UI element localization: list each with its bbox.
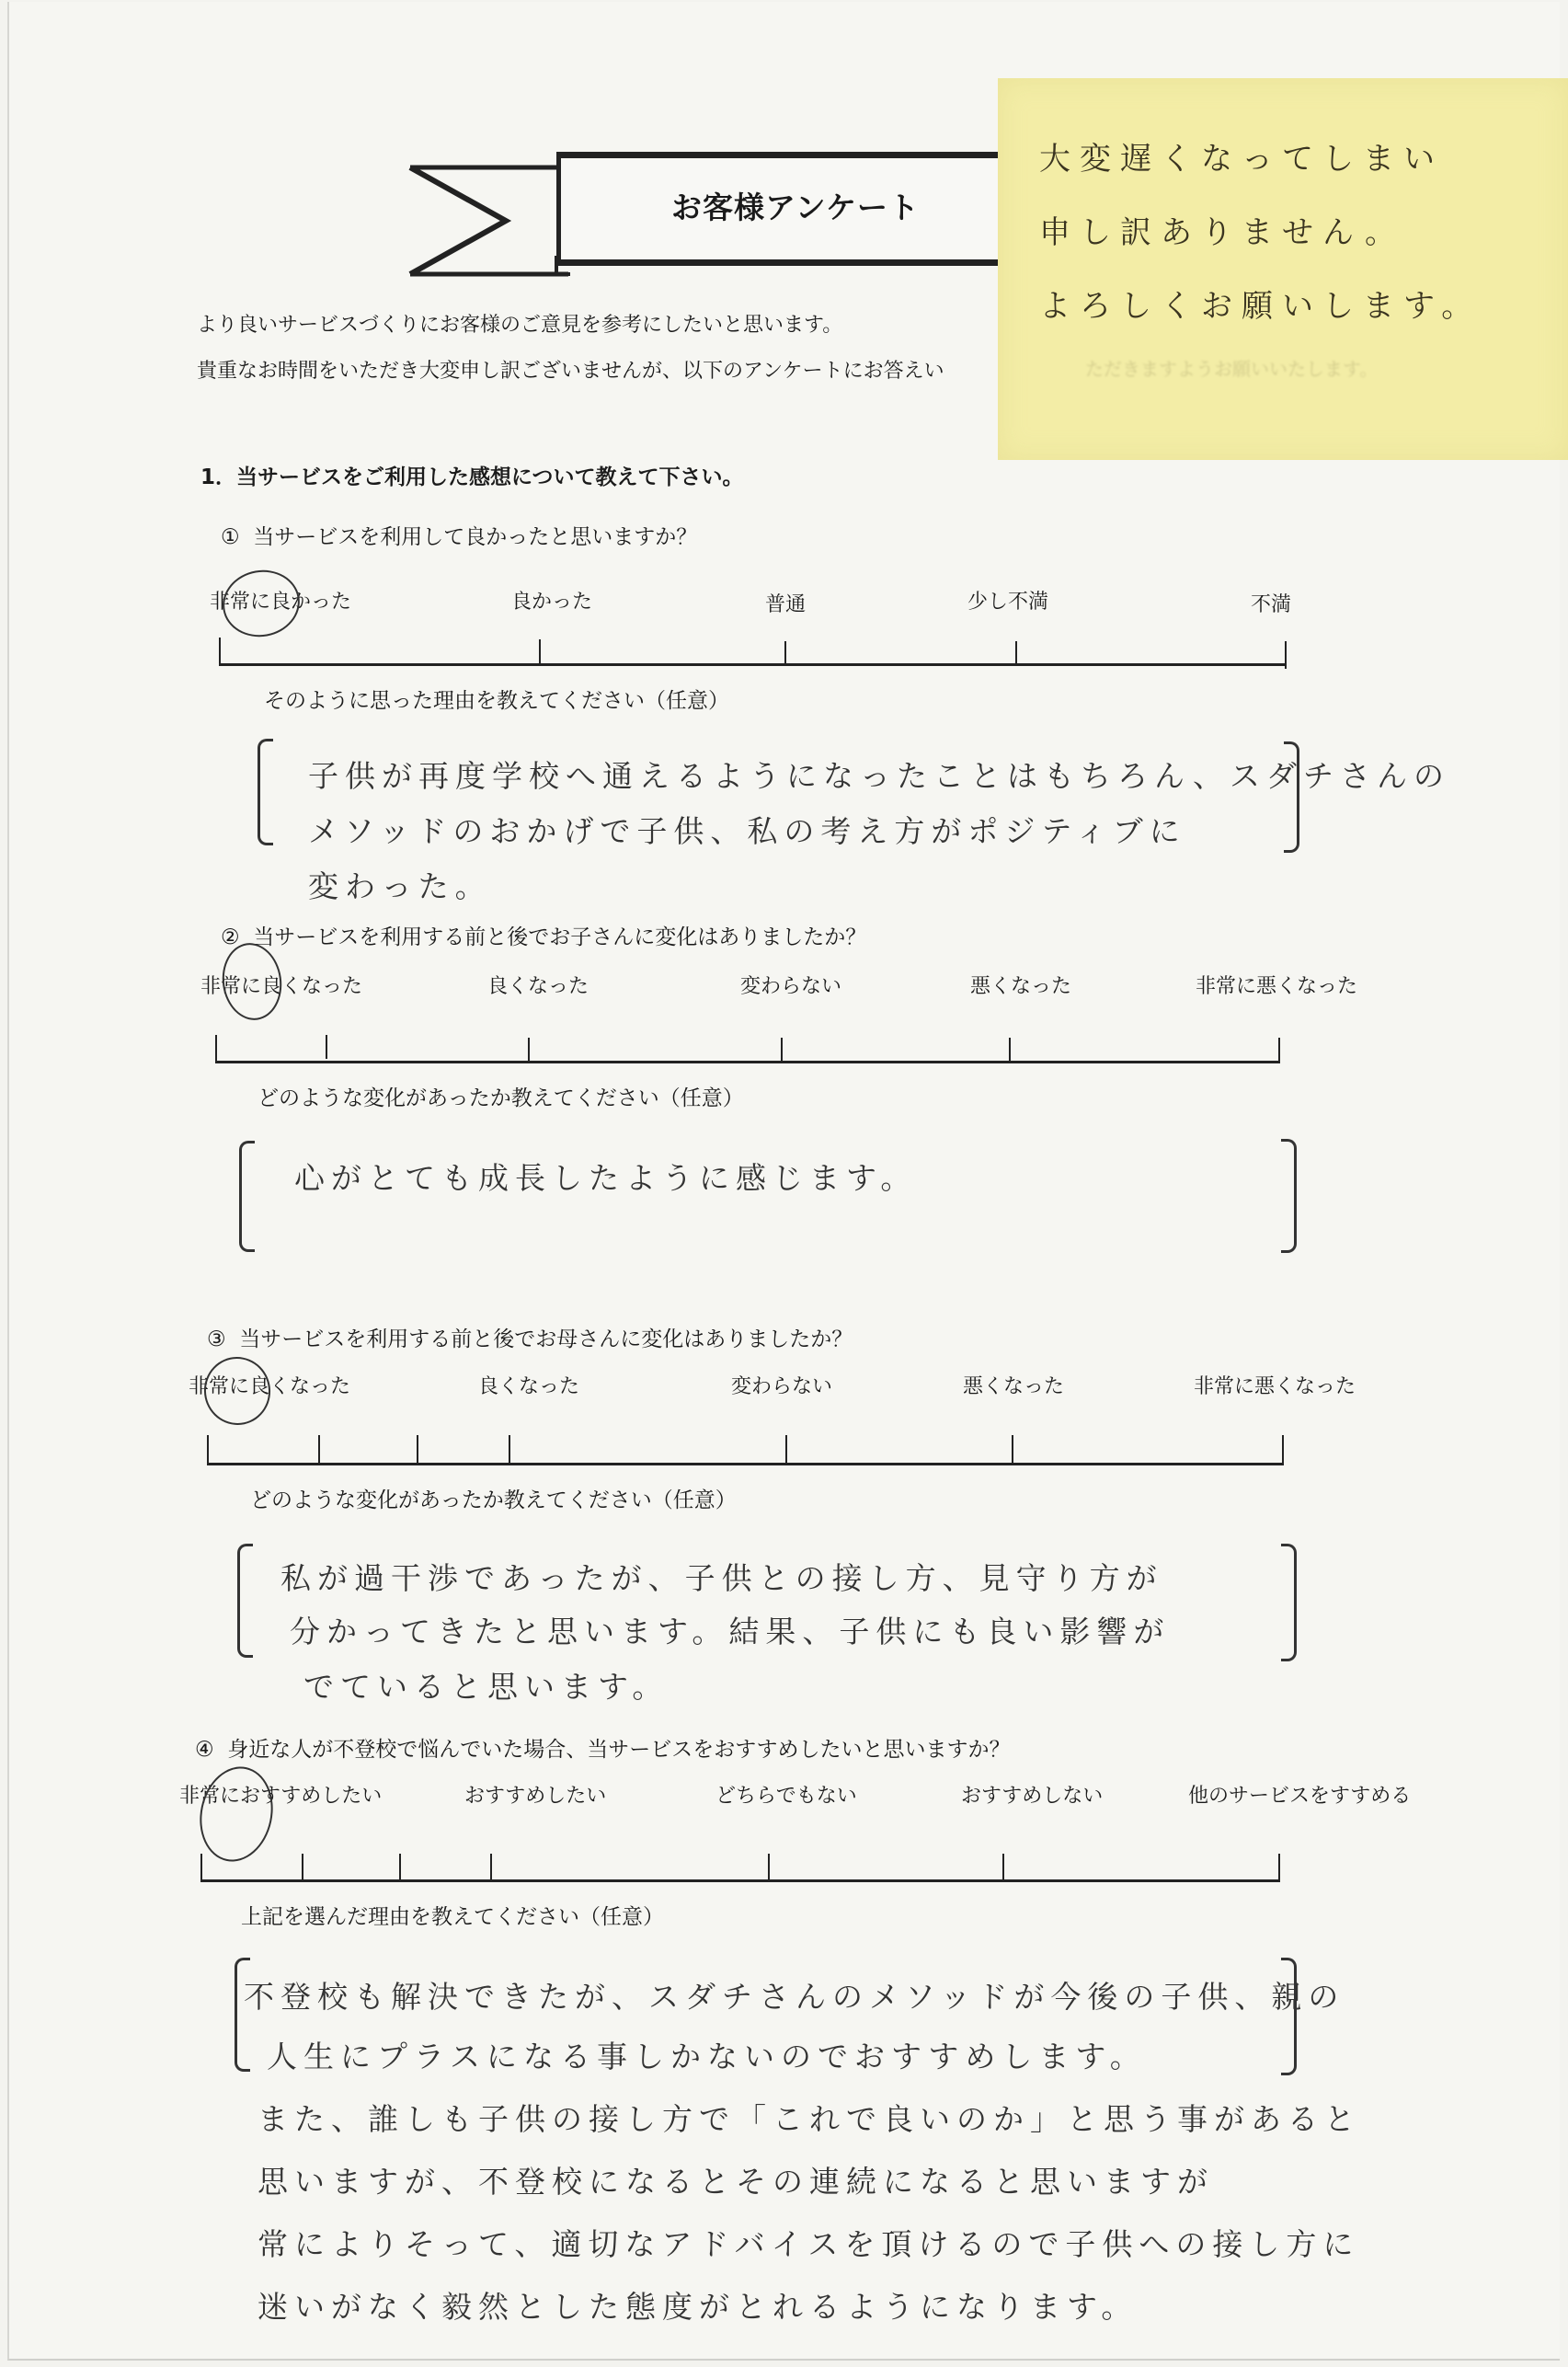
question-number: ④ — [195, 1738, 214, 1762]
scale-tick — [399, 1854, 401, 1881]
handwritten-answer-line: 不登校も解決できたが、スダチさんのメソッドが今後の子供、親の — [244, 1973, 1345, 2017]
page-title: お客様アンケート — [671, 184, 920, 227]
scale-option-4[interactable]: 悪くなった — [963, 1371, 1064, 1399]
question-text: 当サービスを利用して良かったと思いますか？ — [253, 525, 697, 549]
rating-scale[interactable] — [219, 663, 1287, 666]
rating-scale[interactable] — [215, 1061, 1280, 1063]
scale-tick — [539, 639, 541, 665]
scale-option-4[interactable]: 少し不満 — [967, 586, 1048, 615]
handwritten-answer-line: メソッドのおかげで子供、私の考え方がポジティブに — [308, 808, 1186, 851]
scale-tick — [781, 1038, 783, 1062]
handwritten-answer-line: 分かってきたと思います。結果、子供にも良い影響が — [290, 1608, 1170, 1651]
section-title: 1．当サービスをご利用した感想について教えて下さい。 — [200, 460, 744, 490]
scale-tick — [417, 1435, 418, 1463]
answer-bracket-left — [258, 739, 273, 845]
scale-tick — [1002, 1854, 1004, 1881]
followup-label: 上記を選んだ理由を教えてください（任意） — [241, 1900, 664, 1930]
handwritten-answer-line: でていると思います。 — [303, 1663, 669, 1706]
handwritten-answer-line: 私が過干渉であったが、子供との接し方、見守り方が — [280, 1555, 1163, 1598]
scale-tick — [1278, 1854, 1280, 1881]
intro-text-1: より良いサービスづくりにお客様のご意見を参考にしたいと思います。 — [197, 309, 842, 338]
question-1: ① 当サービスを利用して良かったと思いますか？ — [221, 520, 697, 550]
scale-tick — [1012, 1435, 1013, 1463]
scale-option-4[interactable]: 悪くなった — [970, 971, 1071, 999]
answer-bracket-left — [239, 1141, 255, 1252]
scale-tick — [219, 638, 221, 665]
scale-option-3[interactable]: 普通 — [765, 589, 806, 617]
question-number: ① — [221, 525, 240, 549]
scale-tick — [785, 1435, 787, 1463]
question-text: 身近な人が不登校で悩んでいた場合、当サービスをおすすめしたいと思いますか？ — [227, 1738, 1010, 1762]
handwritten-answer-line: また、誰しも子供の接し方で「これで良いのか」と思う事があると — [258, 2096, 1361, 2139]
handwritten-answer-line: 人生にプラスになる事しかないのでおすすめします。 — [267, 2033, 1147, 2076]
handwritten-answer-line: 迷いがなく毅然とした態度がとれるようになります。 — [258, 2283, 1138, 2327]
scale-option-5[interactable]: 不満 — [1251, 589, 1291, 617]
scale-option-4[interactable]: おすすめしない — [961, 1780, 1103, 1809]
scale-tick — [302, 1854, 303, 1881]
scale-tick — [784, 641, 786, 665]
ribbon-tail-icon — [405, 156, 570, 294]
intro-text-2: 貴重なお時間をいただき大変申し訳ございませんが、以下のアンケートにお答えい — [197, 355, 944, 384]
scale-tick — [490, 1854, 492, 1881]
scale-option-3[interactable]: どちらでもない — [715, 1780, 857, 1809]
handwritten-answer-line: 思いますが、不登校になるとその連続になると思いますが — [258, 2158, 1214, 2201]
handwritten-answer-line: 変わった。 — [308, 863, 492, 906]
question-4: ④ 身近な人が不登校で悩んでいた場合、当サービスをおすすめしたいと思いますか？ — [195, 1732, 1010, 1763]
scale-option-5[interactable]: 非常に悪くなった — [1194, 1371, 1356, 1399]
answer-bracket-right — [1281, 1139, 1297, 1253]
scale-tick — [528, 1038, 530, 1062]
sticky-line-1: 大変遅くなってしまい — [1039, 133, 1444, 178]
sticky-note: ただきますようお願いいたします。 大変遅くなってしまい 申し訳ありません。 よろ… — [998, 78, 1568, 460]
scale-option-2[interactable]: 良くなった — [487, 971, 589, 999]
scale-tick — [1282, 1435, 1284, 1463]
question-number: ③ — [207, 1327, 226, 1351]
scale-option-5[interactable]: 非常に悪くなった — [1196, 971, 1357, 999]
scale-tick — [768, 1854, 770, 1881]
scale-option-3[interactable]: 変わらない — [731, 1371, 832, 1399]
sticky-line-3: よろしくお願いします。 — [1039, 281, 1482, 326]
answer-bracket-right — [1281, 1544, 1297, 1661]
scale-tick — [200, 1854, 202, 1881]
rating-scale[interactable] — [207, 1463, 1284, 1465]
handwritten-answer-line: 子供が再度学校へ通えるようになったことはもちろん、スダチさんの — [308, 753, 1450, 796]
question-2: ② 当サービスを利用する前と後でお子さんに変化はありましたか？ — [221, 920, 866, 950]
followup-label: どのような変化があったか教えてください（任意） — [250, 1483, 737, 1513]
scale-tick — [215, 1035, 217, 1063]
handwritten-answer-line: 心がとても成長したように感じます。 — [294, 1155, 917, 1198]
scale-tick — [326, 1035, 327, 1059]
scale-option-3[interactable]: 変わらない — [740, 971, 841, 999]
answer-bracket-left — [237, 1544, 253, 1658]
scale-option-2[interactable]: 良かった — [511, 586, 592, 615]
sticky-ghost-text: ただきますようお願いいたします。 — [1085, 354, 1378, 381]
scale-tick — [1009, 1038, 1011, 1062]
scale-option-2[interactable]: おすすめしたい — [464, 1780, 606, 1809]
scale-tick — [318, 1435, 320, 1463]
rating-scale[interactable] — [200, 1879, 1280, 1882]
handwritten-answer-line: 常によりそって、適切なアドバイスを頂けるので子供への接し方に — [258, 2221, 1359, 2264]
scale-tick — [509, 1435, 510, 1463]
question-text: 当サービスを利用する前と後でお子さんに変化はありましたか？ — [253, 925, 866, 949]
followup-label: どのような変化があったか教えてください（任意） — [258, 1081, 744, 1111]
scale-tick — [207, 1435, 209, 1463]
scale-option-2[interactable]: 良くなった — [478, 1371, 579, 1399]
scale-option-5[interactable]: 他のサービスをすすめる — [1188, 1780, 1411, 1809]
question-text: 当サービスを利用する前と後でお母さんに変化はありましたか？ — [239, 1327, 853, 1351]
scale-tick — [1278, 1038, 1280, 1063]
scale-tick — [1015, 641, 1017, 665]
question-3: ③ 当サービスを利用する前と後でお母さんに変化はありましたか？ — [207, 1322, 853, 1352]
followup-label: そのように思った理由を教えてください（任意） — [264, 684, 729, 714]
sticky-line-2: 申し訳ありません。 — [1039, 207, 1405, 252]
